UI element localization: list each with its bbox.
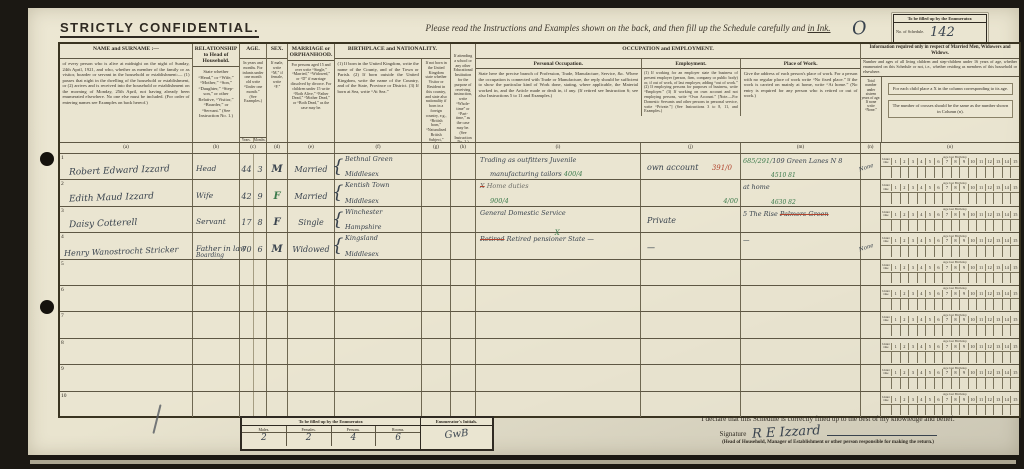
- birthplace-brace: {: [332, 235, 343, 256]
- age-cross-box: [976, 219, 985, 231]
- place-text: at home: [743, 183, 770, 191]
- age-number-label: 14: [1002, 316, 1011, 323]
- age-cross-box: [1010, 192, 1019, 204]
- age-cross-box: [908, 166, 917, 178]
- under-one-label: Under One: [881, 184, 891, 191]
- instruction-ink-text: in Ink.: [808, 23, 831, 33]
- age-number-label: 13: [993, 264, 1002, 271]
- age-number-label: 3: [908, 184, 917, 191]
- age-number-label: 8: [951, 184, 960, 191]
- age-number-label: 15: [1010, 316, 1019, 323]
- age-cross-box: [908, 219, 917, 231]
- sex-col-instructions: If male, write “M,” if female, write “F.…: [267, 59, 287, 92]
- census-table: NAME and SURNAME :— of every person who …: [58, 42, 1021, 418]
- col-head-marriage: MARRIAGE or ORPHANHOOD. For persons aged…: [287, 44, 334, 142]
- cell-birthplace: [334, 339, 421, 364]
- age-number-label: 15: [1010, 290, 1019, 297]
- age-numbers-row: Under One123456789101112131415: [881, 184, 1019, 191]
- age-number-label: 2: [900, 158, 909, 165]
- age-number-label: 3: [908, 264, 917, 271]
- cell-birthplace: { Bethnal Green Middlesex: [334, 154, 421, 179]
- age-cross-box: [900, 192, 909, 204]
- children-age-grid: Age last Birthday.Under One1234567891011…: [881, 339, 1019, 364]
- cell-age-months: [253, 260, 266, 285]
- age-cross-box: [985, 404, 994, 416]
- age-cross-box: [934, 377, 943, 389]
- occupation-line1: Trading as outfitters Juvenile: [480, 156, 576, 164]
- age-number-label: 2: [900, 316, 909, 323]
- table-row: 3 Daisy Cotterell Servant 17 8 F Single …: [60, 206, 1019, 232]
- cell-place-of-work: [740, 365, 860, 390]
- age-number-label: 12: [985, 211, 994, 218]
- age-number-label: 11: [976, 264, 985, 271]
- age-number-label: 13: [993, 211, 1002, 218]
- age-number-label: 2: [900, 264, 909, 271]
- age-cross-box: [993, 377, 1002, 389]
- age-cross-box: [942, 245, 951, 257]
- age-number-label: 3: [908, 237, 917, 244]
- age-cross-box: [976, 404, 985, 416]
- age-number-label: 15: [1010, 264, 1019, 271]
- place-of-work-instructions: Give the address of each person's place …: [741, 69, 860, 101]
- age-cross-box: [925, 324, 934, 336]
- age-number-label: 14: [1002, 396, 1011, 403]
- cell-name: 4 Henry Wanostrocht Stricker: [60, 233, 192, 258]
- cell-employment: own account 391/0: [640, 154, 740, 179]
- children-group: Information required only in respect of …: [860, 44, 1019, 142]
- age-number-label: 9: [959, 237, 968, 244]
- total-children-head: Total number under sixteen years of age.…: [861, 77, 881, 114]
- place-struck-text: Palmers Green: [780, 210, 829, 218]
- age-cross-box: [985, 324, 994, 336]
- cell-education: [450, 180, 475, 205]
- children-age-grid: Age last Birthday.Under One1234567891011…: [881, 260, 1019, 285]
- birthplace-brace: {: [332, 182, 343, 203]
- age-cross-box: [1010, 404, 1019, 416]
- cell-education: [450, 392, 475, 417]
- age-number-label: 15: [1010, 343, 1019, 350]
- age-number-label: 5: [925, 396, 934, 403]
- cell-employment: [640, 286, 740, 311]
- age-number-label: 7: [942, 396, 951, 403]
- age-number-label: 10: [968, 343, 977, 350]
- age-number-label: 8: [951, 237, 960, 244]
- persons-value: 4: [331, 433, 376, 446]
- age-cross-box: [985, 351, 994, 363]
- birthplace-line2: Middlesex: [345, 250, 379, 258]
- age-cross-box: [1010, 351, 1019, 363]
- age-numbers-row: Under One123456789101112131415: [881, 316, 1019, 323]
- cell-age-years: [239, 286, 253, 311]
- cell-name: 10: [60, 392, 192, 417]
- col-head-sex: SEX. If male, write “M,” if female, writ…: [266, 44, 287, 142]
- age-cross-box: [881, 192, 891, 204]
- cell-birthplace: [334, 365, 421, 390]
- age-number-label: 2: [900, 396, 909, 403]
- age-cross-box: [968, 245, 977, 257]
- age-numbers-row: Under One123456789101112131415: [881, 369, 1019, 376]
- age-cross-box: [925, 166, 934, 178]
- age-cross-box: [900, 272, 909, 284]
- occupation-line1: General Domestic Service: [480, 209, 566, 217]
- cell-total-children: None: [860, 233, 880, 258]
- row-number: 7: [61, 313, 64, 319]
- cell-name: 2 Edith Maud Izzard: [60, 180, 192, 205]
- age-number-label: 1: [891, 316, 900, 323]
- cell-sex: [266, 365, 287, 390]
- place-line1: —: [743, 236, 750, 244]
- occupation-code: 900/4: [490, 197, 509, 205]
- age-numbers-row: Under One123456789101112131415: [881, 158, 1019, 165]
- age-cross-box: [925, 298, 934, 310]
- cell-total-children: [860, 260, 880, 285]
- age-cross-box: [968, 351, 977, 363]
- age-number-label: 4: [917, 264, 926, 271]
- age-number-label: 9: [959, 158, 968, 165]
- age-number-label: 15: [1010, 396, 1019, 403]
- cell-marriage: [287, 260, 334, 285]
- age-number-label: 12: [985, 184, 994, 191]
- cell-age-months: 6: [253, 233, 266, 258]
- age-cross-box: [942, 324, 951, 336]
- age-number-label: 12: [985, 316, 994, 323]
- age-cross-box: [908, 351, 917, 363]
- marriage-value: Widowed: [288, 245, 334, 254]
- age-number-label: 15: [1010, 158, 1019, 165]
- table-rows: 1 Robert Edward Izzard Head 44 3 M Marri…: [60, 153, 1019, 417]
- age-number-label: 4: [917, 184, 926, 191]
- cell-place-of-work: [740, 339, 860, 364]
- age-number-label: 11: [976, 237, 985, 244]
- cell-name: 9: [60, 365, 192, 390]
- age-cross-box: [985, 298, 994, 310]
- relationship-value: Wife: [196, 191, 213, 200]
- occupation-line2: manufacturing tailors 400/4: [490, 170, 583, 178]
- cell-employment: [640, 365, 740, 390]
- age-cross-box: [925, 219, 934, 231]
- age-number-label: 1: [891, 158, 900, 165]
- cell-employment: —: [640, 233, 740, 258]
- children-age-grid: Age last Birthday.Under One1234567891011…: [881, 233, 1019, 258]
- cell-occupation: X Retired Retired pensioner State —: [475, 233, 640, 258]
- cell-place-of-work: [740, 260, 860, 285]
- age-cross-box: [993, 404, 1002, 416]
- cell-nationality: [421, 154, 450, 179]
- age-cross-box: [968, 272, 977, 284]
- age-cross-box: [917, 272, 926, 284]
- punch-hole-icon: [40, 300, 54, 314]
- under-one-label: Under One: [881, 290, 891, 297]
- age-cross-box: [891, 192, 900, 204]
- cell-marriage: [287, 365, 334, 390]
- relationship-value: Head: [196, 164, 216, 173]
- cell-sex: F: [266, 207, 287, 232]
- occupation-struck-word: Retired: [480, 235, 505, 243]
- age-cross-box: [976, 324, 985, 336]
- cell-nationality: [421, 233, 450, 258]
- age-cross-box: [959, 404, 968, 416]
- sex-value: M: [267, 164, 287, 175]
- age-cross-box: [968, 404, 977, 416]
- age-number-label: 14: [1002, 211, 1011, 218]
- age-number-label: 14: [1002, 158, 1011, 165]
- age-cross-box: [934, 298, 943, 310]
- children-age-grid: Age last Birthday.Under One1234567891011…: [881, 154, 1019, 179]
- age-cross-box: [881, 298, 891, 310]
- cell-employment: [640, 312, 740, 337]
- schedule-number-value: 142: [930, 25, 955, 40]
- children-age-grid: Age last Birthday.Under One1234567891011…: [881, 365, 1019, 390]
- cell-relationship: Servant: [192, 207, 239, 232]
- age-cross-box: [959, 245, 968, 257]
- age-number-label: 11: [976, 211, 985, 218]
- age-numbers-row: Under One123456789101112131415: [881, 211, 1019, 218]
- cell-total-children: [860, 392, 880, 417]
- age-cross-box: [951, 245, 960, 257]
- birthplace-col-instructions: (1) If born in the United Kingdom, write…: [335, 59, 421, 96]
- age-cross-box: [985, 272, 994, 284]
- cell-name: 3 Daisy Cotterell: [60, 207, 192, 232]
- age-number-label: 3: [908, 158, 917, 165]
- age-number-label: 10: [968, 290, 977, 297]
- table-row: 1 Robert Edward Izzard Head 44 3 M Marri…: [60, 153, 1019, 179]
- declaration-caption: (Head of Household, Manager of Establish…: [628, 440, 1024, 445]
- age-cross-box: [900, 219, 909, 231]
- cell-total-children: [860, 286, 880, 311]
- age-number-label: 14: [1002, 343, 1011, 350]
- children-age-grid: Age last Birthday.Under One1234567891011…: [881, 180, 1019, 205]
- declaration: I declare that this Schedule is correctl…: [628, 415, 1024, 445]
- birthplace-line2: Middlesex: [345, 170, 379, 178]
- age-cross-box: [1002, 404, 1011, 416]
- name-value: Daisy Cotterell: [69, 218, 138, 230]
- place-code2-green: 4630 82: [771, 199, 796, 206]
- name-col-instructions: of every person who is alive at midnight…: [60, 59, 192, 107]
- cell-name: 7: [60, 312, 192, 337]
- place-line1: 685/291/109 Green Lanes N 8: [743, 157, 842, 165]
- row-number: 6: [61, 287, 64, 293]
- cell-nationality: [421, 339, 450, 364]
- marriage-value: Single: [288, 218, 334, 227]
- age-cross-box: [968, 324, 977, 336]
- schedule-box-title: To be filled up by the Enumerator.: [894, 15, 986, 23]
- age-cross-box: [934, 404, 943, 416]
- age-cross-box: [934, 245, 943, 257]
- cell-occupation: X Home duties 900/4: [475, 180, 640, 205]
- sex-col-title: SEX.: [267, 44, 287, 59]
- name-col-title: NAME and SURNAME :—: [60, 44, 192, 59]
- employment-value: Private: [647, 216, 676, 225]
- cell-occupation: [475, 339, 640, 364]
- cell-children-ages: Age last Birthday.Under One1234567891011…: [880, 180, 1019, 205]
- table-row: 2 Edith Maud Izzard Wife 42 9 F Married …: [60, 179, 1019, 205]
- table-row: 8 Age: [60, 338, 1019, 364]
- age-number-label: 3: [908, 290, 917, 297]
- under-one-label: Under One: [881, 264, 891, 271]
- age-cross-box: [917, 404, 926, 416]
- age-cross-boxes: [881, 272, 1019, 284]
- age-number-label: 7: [942, 264, 951, 271]
- cell-nationality: [421, 365, 450, 390]
- age-months-value: 3: [254, 165, 266, 174]
- age-cross-box: [917, 219, 926, 231]
- age-cross-box: [959, 166, 968, 178]
- age-number-label: 6: [934, 343, 943, 350]
- sex-value: M: [267, 244, 287, 255]
- age-cross-box: [900, 166, 909, 178]
- age-number-label: 15: [1010, 369, 1019, 376]
- cell-age-months: [253, 312, 266, 337]
- age-cross-box: [881, 377, 891, 389]
- relationship-col-instructions: State whether “Head,” or “Wife,” “Mother…: [193, 67, 239, 121]
- cell-age-months: [253, 392, 266, 417]
- place-line1: 5 The Rise Palmers Green: [743, 210, 829, 218]
- occupation-group-title: OCCUPATION and EMPLOYMENT.: [476, 44, 860, 59]
- age-cross-box: [1010, 166, 1019, 178]
- table-row: 7 Age: [60, 311, 1019, 337]
- cell-education: [450, 207, 475, 232]
- age-cross-box: [985, 245, 994, 257]
- age-cross-box: [881, 272, 891, 284]
- age-number-label: 11: [976, 396, 985, 403]
- under-one-label: Under One: [881, 158, 891, 165]
- table-row: 5 Age: [60, 259, 1019, 285]
- age-number-label: 11: [976, 316, 985, 323]
- age-cross-box: [891, 245, 900, 257]
- age-cross-box: [881, 351, 891, 363]
- age-cross-box: [934, 192, 943, 204]
- age-months-value: 6: [254, 245, 266, 254]
- age-cross-box: [934, 351, 943, 363]
- under-one-label: Under One: [881, 237, 891, 244]
- occupation-text: Home duties: [487, 182, 529, 190]
- cell-name: 6: [60, 286, 192, 311]
- age-cross-box: [1002, 245, 1011, 257]
- relationship-value-2: Boarding: [196, 252, 224, 259]
- age-cross-box: [951, 219, 960, 231]
- age-years-value: 44: [240, 165, 253, 174]
- age-cross-box: [976, 245, 985, 257]
- age-number-label: 1: [891, 343, 900, 350]
- cell-name: 5: [60, 260, 192, 285]
- cell-occupation: [475, 286, 640, 311]
- birthplace-group-title: BIRTHPLACE and NATIONALITY.: [335, 44, 450, 59]
- age-number-label: 11: [976, 184, 985, 191]
- row-number: 10: [61, 393, 67, 399]
- col-head-education: If attending a school or any other Educa…: [450, 44, 475, 142]
- age-cross-box: [1010, 245, 1019, 257]
- column-letter: (c): [239, 143, 266, 153]
- age-cross-box: [891, 272, 900, 284]
- cell-children-ages: Age last Birthday.Under One1234567891011…: [880, 207, 1019, 232]
- cell-occupation: [475, 392, 640, 417]
- age-number-label: 9: [959, 184, 968, 191]
- age-cross-box: [942, 404, 951, 416]
- age-number-label: 1: [891, 264, 900, 271]
- age-cross-box: [993, 324, 1002, 336]
- age-number-label: 7: [942, 369, 951, 376]
- persons-header: Persons.: [331, 426, 376, 432]
- cell-relationship: [192, 286, 239, 311]
- age-number-label: 13: [993, 158, 1002, 165]
- under-one-label: Under One: [881, 211, 891, 218]
- cell-education: [450, 154, 475, 179]
- age-number-label: 8: [951, 316, 960, 323]
- name-value: Henry Wanostrocht Stricker: [64, 245, 179, 258]
- census-schedule-scan: STRICTLY CONFIDENTIAL. Please read the I…: [0, 0, 1024, 469]
- age-number-label: 1: [891, 369, 900, 376]
- age-cross-box: [891, 377, 900, 389]
- table-row: 10 Age: [60, 391, 1019, 417]
- age-cross-box: [951, 404, 960, 416]
- age-cross-box: [993, 192, 1002, 204]
- age-number-label: 1: [891, 396, 900, 403]
- age-months-value: 8: [254, 218, 266, 227]
- age-numbers-row: Under One123456789101112131415: [881, 290, 1019, 297]
- age-number-label: 5: [925, 211, 934, 218]
- schedule-number-label: No. of Schedule.: [894, 30, 930, 35]
- cell-children-ages: Age last Birthday.Under One1234567891011…: [880, 312, 1019, 337]
- cell-age-years: 70: [239, 233, 253, 258]
- cell-sex: [266, 312, 287, 337]
- cell-age-months: 3: [253, 154, 266, 179]
- age-cross-box: [959, 272, 968, 284]
- age-number-label: 6: [934, 158, 943, 165]
- cell-marriage: [287, 312, 334, 337]
- instruction-text: Please read the Instructions and Example…: [425, 23, 807, 33]
- cell-age-years: [239, 339, 253, 364]
- signature-label: Signature: [720, 430, 747, 438]
- age-cross-box: [1002, 351, 1011, 363]
- age-cross-box: [934, 166, 943, 178]
- age-number-label: 2: [900, 184, 909, 191]
- age-number-label: 12: [985, 264, 994, 271]
- relationship-col-title: RELATIONSHIP to Head of Household.: [193, 44, 239, 67]
- place-line1: at home: [743, 183, 770, 191]
- birthplace-brace: {: [332, 209, 343, 230]
- age-numbers-row: Under One123456789101112131415: [881, 396, 1019, 403]
- cell-birthplace: [334, 260, 421, 285]
- age-cross-box: [925, 404, 934, 416]
- age-cross-box: [959, 377, 968, 389]
- cell-birthplace: { Kentish Town Middlesex: [334, 180, 421, 205]
- marriage-value: Married: [288, 192, 334, 201]
- age-number-label: 14: [1002, 237, 1011, 244]
- cell-place-of-work: [740, 312, 860, 337]
- column-letter: (e): [287, 143, 334, 153]
- cell-relationship: [192, 312, 239, 337]
- column-letter: (m): [740, 143, 860, 153]
- place-of-work-title: Place of Work.: [741, 59, 860, 69]
- age-cross-box: [993, 298, 1002, 310]
- age-cross-box: [976, 272, 985, 284]
- cell-total-children: [860, 312, 880, 337]
- table-header: NAME and SURNAME :— of every person who …: [60, 44, 1019, 142]
- age-cross-box: [942, 166, 951, 178]
- cell-marriage: Married: [287, 180, 334, 205]
- age-number-label: 11: [976, 343, 985, 350]
- age-months-value: 9: [254, 192, 266, 201]
- column-letter: (j): [640, 143, 740, 153]
- age-number-label: 5: [925, 369, 934, 376]
- age-cross-box: [985, 219, 994, 231]
- children-age-grid: Age last Birthday.Under One1234567891011…: [881, 392, 1019, 417]
- cell-relationship: [192, 365, 239, 390]
- age-number-label: 8: [951, 343, 960, 350]
- age-number-label: 13: [993, 237, 1002, 244]
- age-number-label: 13: [993, 184, 1002, 191]
- personal-occupation-instructions: State here the precise branch of Profess…: [476, 69, 641, 101]
